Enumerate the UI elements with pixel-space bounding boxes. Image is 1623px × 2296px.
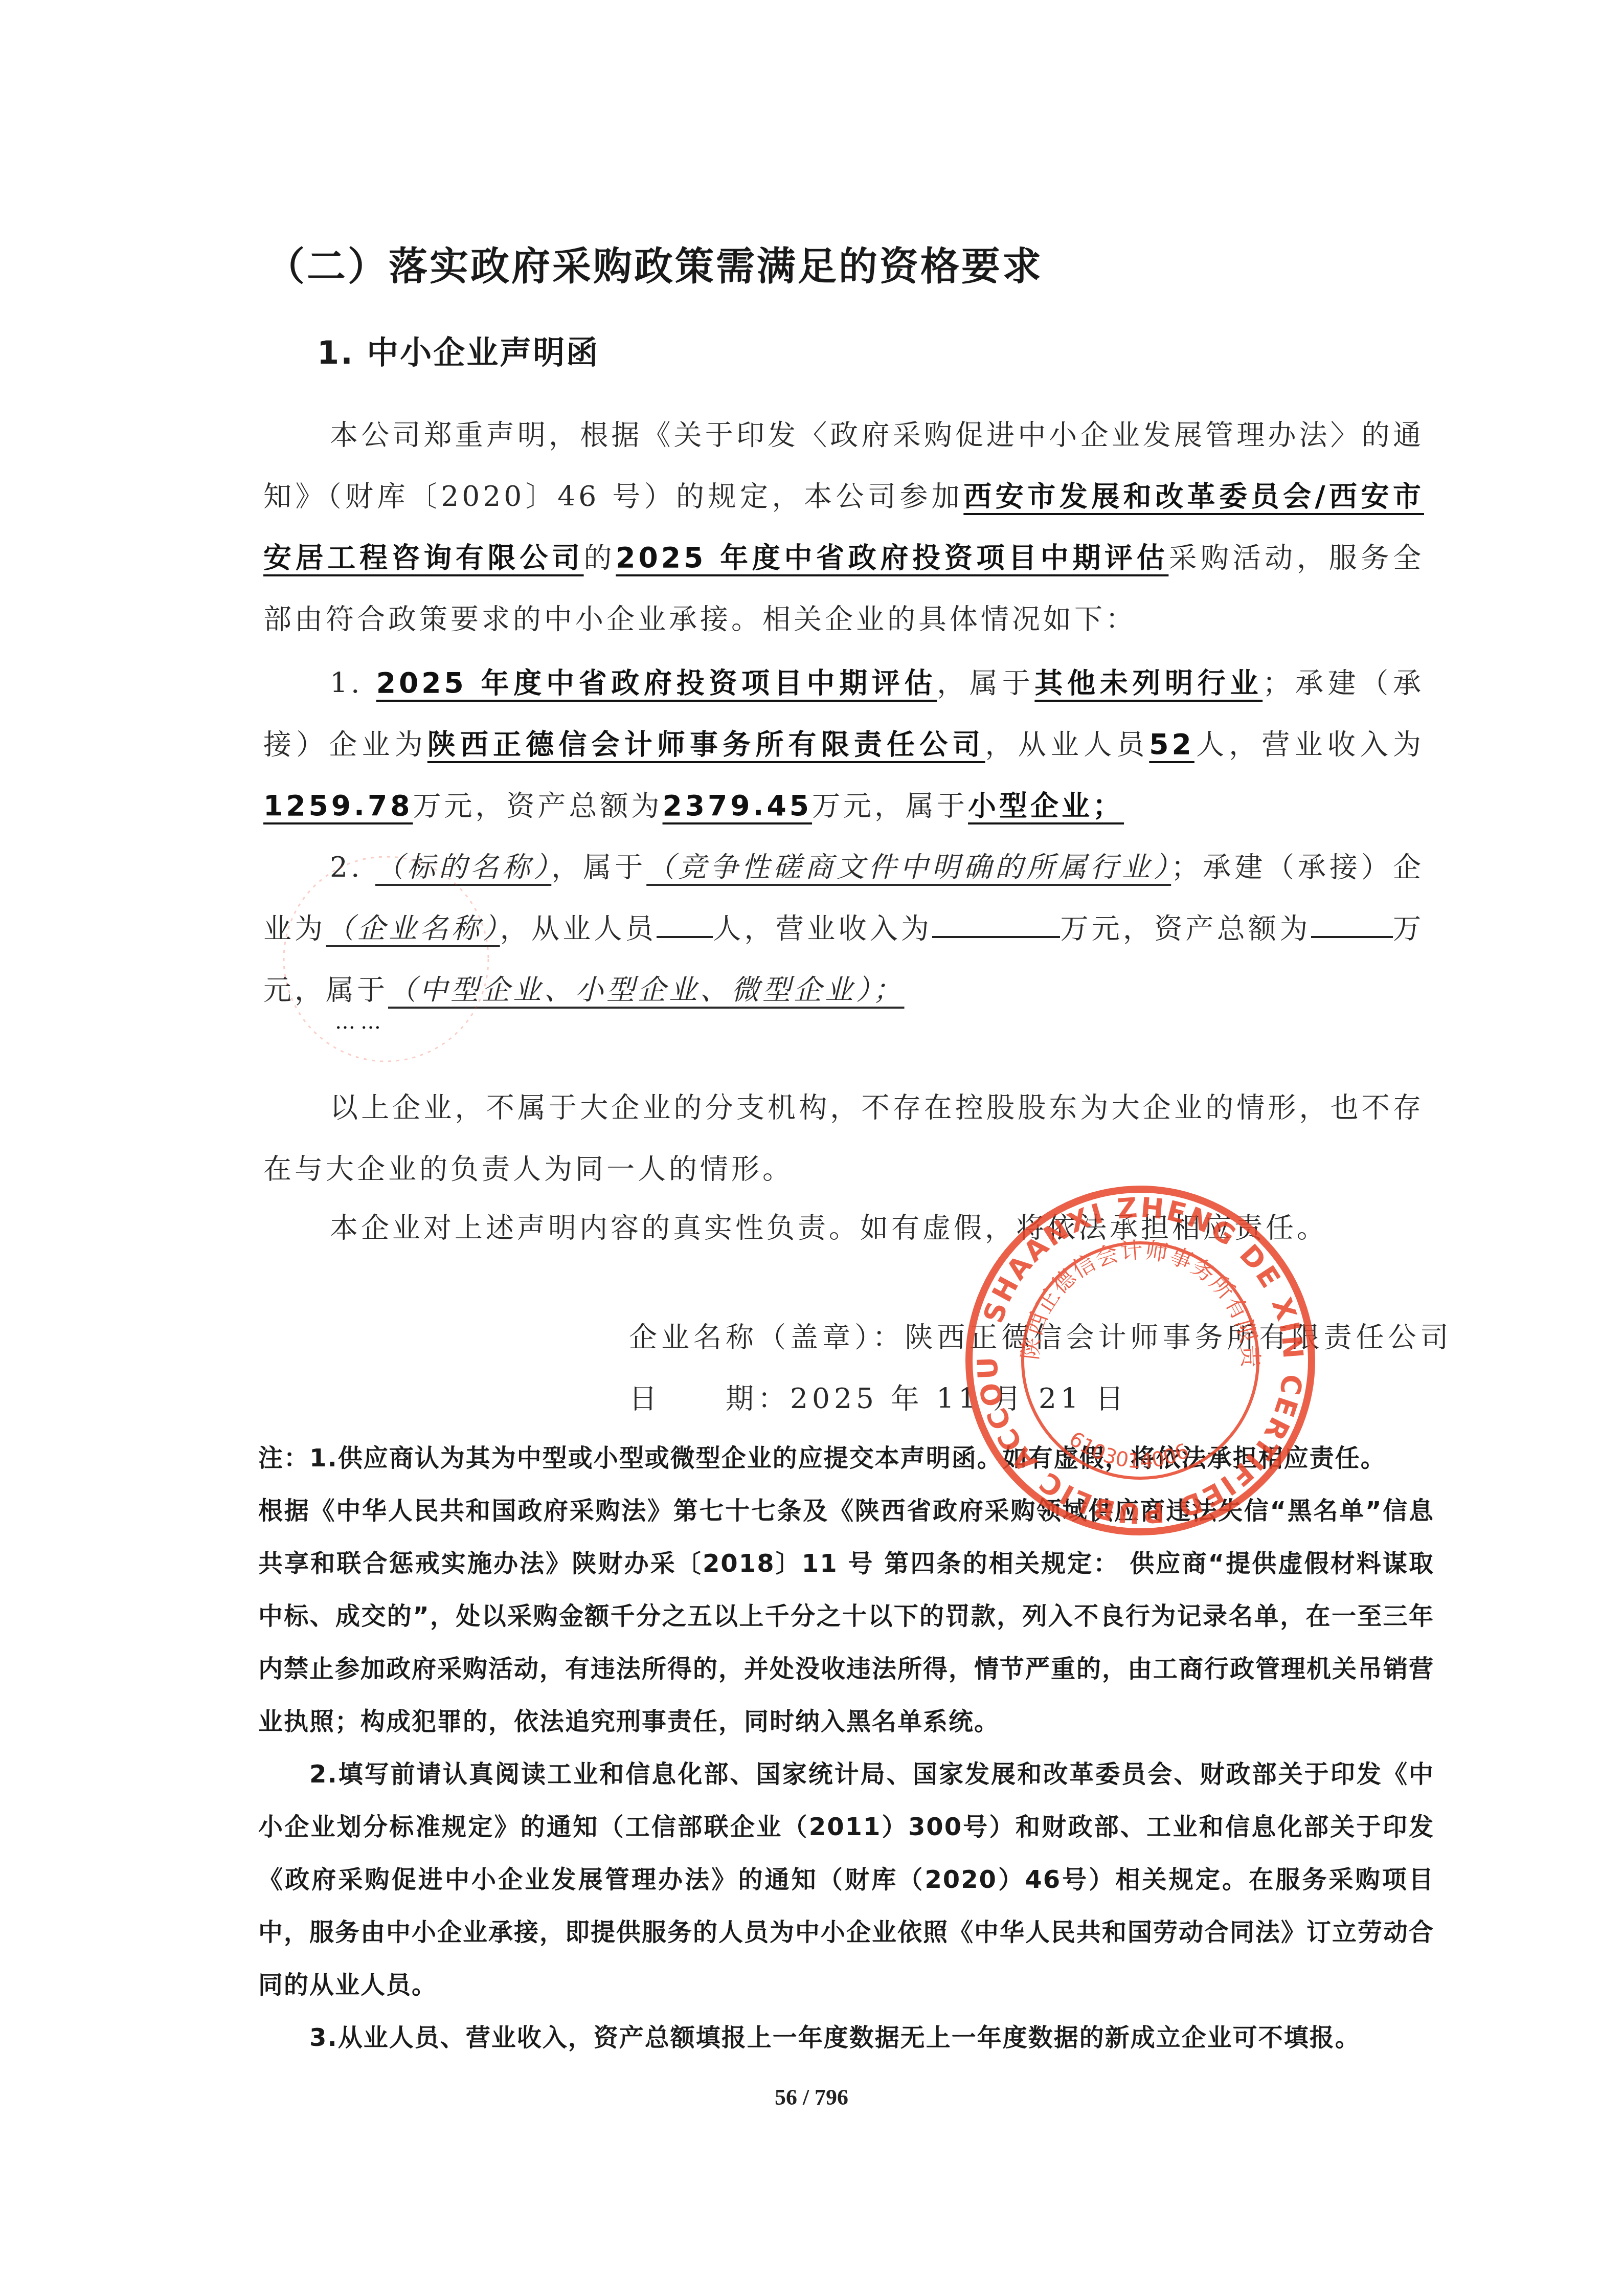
declaration-intro: 本公司郑重声明，根据《关于印发〈政府采购促进中小企业发展管理办法〉的通知》（财库… — [263, 404, 1424, 650]
item2-industry: （竞争性磋商文件中明确的所属行业） — [646, 851, 1171, 883]
item2-subject: （标的名称） — [375, 851, 551, 883]
item2-type: （中型企业、小型企业、微型企业）； — [388, 973, 905, 1006]
signature-date-value: 2025 年 11 月 21 日 — [790, 1382, 1128, 1415]
note-3: 3.从业人员、营业收入，资产总额填报上一年度数据无上一年度数据的新成立企业可不填… — [258, 2012, 1434, 2064]
item2-company: （企业名称） — [326, 912, 500, 945]
project-name: 2025 年度中省政府投资项目中期评估 — [616, 541, 1168, 574]
declaration-title: 1. 中小企业声明函 — [317, 327, 599, 373]
item2-staff-blank — [657, 910, 713, 938]
item1-industry: 其他未列明行业 — [1034, 666, 1263, 699]
note-1-body: 根据《中华人民共和国政府采购法》第七十七条及《陕西省政府采购领域供应商违法失信“… — [258, 1485, 1434, 1748]
item2-assets-blank — [1311, 910, 1393, 938]
ellipsis: …… — [335, 1010, 386, 1034]
note-1-title: 注：1.供应商认为其为中型或小型或微型企业的应提交本声明函。如有虚假，将依法承担… — [258, 1432, 1434, 1485]
signature-company-name: 陕西正德信会计师事务所有限责任公司 — [905, 1321, 1453, 1353]
item1-subject: 2025 年度中省政府投资项目中期评估 — [376, 666, 937, 699]
truthfulness-statement: 本企业对上述声明内容的真实性负责。如有虚假，将依法承担相应责任。 — [263, 1197, 1424, 1258]
section-heading: （二）落实政府采购政策需满足的资格要求 — [266, 235, 1043, 291]
signature-company: 企业名称（盖章）：陕西正德信会计师事务所有限责任公司 — [629, 1314, 1453, 1355]
item1-staff: 52 — [1149, 728, 1194, 761]
enterprise-item-1: 1. 2025 年度中省政府投资项目中期评估，属于其他未列明行业；承建（承接）企… — [263, 652, 1424, 836]
page-number: 56 / 796 — [0, 2084, 1623, 2110]
item1-company: 陕西正德信会计师事务所有限责任公司 — [427, 728, 985, 761]
not-large-enterprise-statement: 以上企业，不属于大企业的分支机构，不存在控股股东为大企业的情形，也不存在与大企业… — [263, 1077, 1424, 1199]
note-2: 2.填写前请认真阅读工业和信息化部、国家统计局、国家发展和改革委员会、财政部关于… — [258, 1748, 1434, 2012]
signature-date: 日 期：2025 年 11 月 21 日 — [629, 1376, 1128, 1416]
item1-type: 小型企业； — [968, 789, 1124, 822]
item2-revenue-blank — [932, 910, 1060, 938]
enterprise-item-2: 2. （标的名称），属于（竞争性磋商文件中明确的所属行业）；承建（承接）企业为（… — [263, 836, 1424, 1020]
item1-assets: 2379.45 — [663, 789, 813, 822]
item1-revenue: 1259.78 — [263, 789, 413, 822]
notes-section: 注：1.供应商认为其为中型或小型或微型企业的应提交本声明函。如有虚假，将依法承担… — [258, 1432, 1434, 2064]
document-page: （二）落实政府采购政策需满足的资格要求 1. 中小企业声明函 本公司郑重声明，根… — [0, 0, 1623, 2296]
